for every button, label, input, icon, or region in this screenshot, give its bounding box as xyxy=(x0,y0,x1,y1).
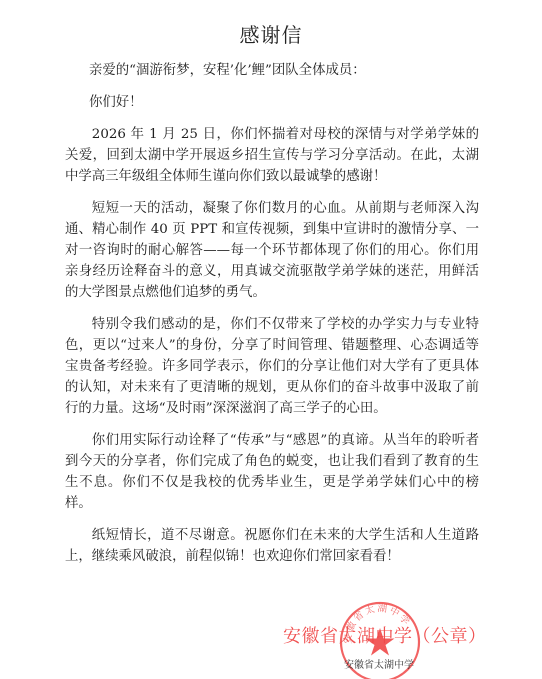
paragraph-1: 2026 年 1 月 25 日，你们怀揣着对母校的深情与对学弟学妹的关爱，回到太… xyxy=(65,124,479,187)
letter-title: 感谢信 xyxy=(0,19,542,48)
signature: 安徽省太湖中学（公章） xyxy=(283,622,487,648)
paragraph-5: 纸短情长，道不尽谢意。祝愿你们在未来的大学生活和人生道路上，继续乘风破浪，前程似… xyxy=(65,525,479,567)
paragraph-4: 你们用实际行动诠释了“传承”与“感恩”的真谛。从当年的聆听者到今天的分享者，你们… xyxy=(65,430,479,514)
paragraph-2: 短短一天的活动，凝聚了你们数月的心血。从前期与老师深入沟通、精心制作 40 页 … xyxy=(65,198,479,303)
paragraph-3: 特别令我们感动的是，你们不仅带来了学校的办学实力与专业特色，更以“过来人”的身份… xyxy=(65,314,479,419)
letter-body: 亲爱的“涸游衔梦，安程’化’鲤”团队全体成员： 你们好！ 2026 年 1 月 … xyxy=(65,60,479,578)
greeting: 你们好！ xyxy=(65,92,479,113)
letter-page: 感谢信 亲爱的“涸游衔梦，安程’化’鲤”团队全体成员： 你们好！ 2026 年 … xyxy=(0,0,542,679)
seal-label: 安徽省太湖中学 xyxy=(344,656,414,671)
salutation: 亲爱的“涸游衔梦，安程’化’鲤”团队全体成员： xyxy=(65,60,479,81)
